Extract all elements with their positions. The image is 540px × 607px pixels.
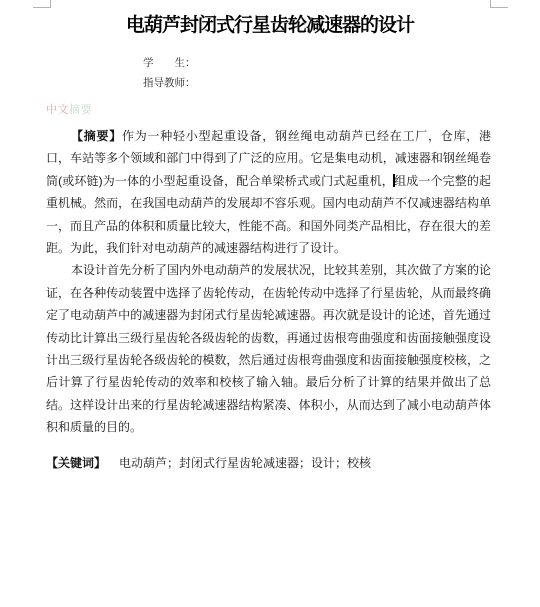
- chinese-abstract-heading-part1: 中文: [46, 104, 69, 116]
- document-page[interactable]: 电葫芦封闭式行星齿轮减速器的设计 学 生： 指导教师： 中文摘要 【摘要】作为一…: [0, 0, 540, 607]
- chinese-abstract-heading-part2: 摘要: [69, 104, 92, 116]
- keywords-label: 【关键词】: [46, 456, 106, 470]
- margin-crop-mark-top-right: [490, 0, 508, 8]
- keywords-line[interactable]: 【关键词】电动葫芦；封闭式行星齿轮减速器；设计；校核: [46, 452, 491, 474]
- margin-crop-mark-top-left: [33, 0, 51, 8]
- author-info-block[interactable]: 学 生： 指导教师：: [143, 54, 540, 94]
- abstract-paragraph-2[interactable]: 本设计首先分析了国内外电动葫芦的发展状况，比较其差别，其次做了方案的论证，在各种…: [46, 259, 491, 438]
- abstract-label: 【摘要】: [71, 129, 122, 143]
- advisor-label[interactable]: 指导教师：: [143, 74, 540, 94]
- chinese-abstract-heading[interactable]: 中文摘要: [46, 103, 540, 118]
- student-label[interactable]: 学 生：: [143, 54, 540, 74]
- keywords-text: 电动葫芦；封闭式行星齿轮减速器；设计；校核: [119, 456, 371, 470]
- document-title[interactable]: 电葫芦封闭式行星齿轮减速器的设计: [0, 0, 540, 38]
- abstract-paragraph-1[interactable]: 【摘要】作为一种轻小型起重设备，钢丝绳电动葫芦已经在工厂，仓库，港口，车站等多个…: [46, 125, 491, 259]
- abstract-body[interactable]: 【摘要】作为一种轻小型起重设备，钢丝绳电动葫芦已经在工厂，仓库，港口，车站等多个…: [46, 125, 491, 439]
